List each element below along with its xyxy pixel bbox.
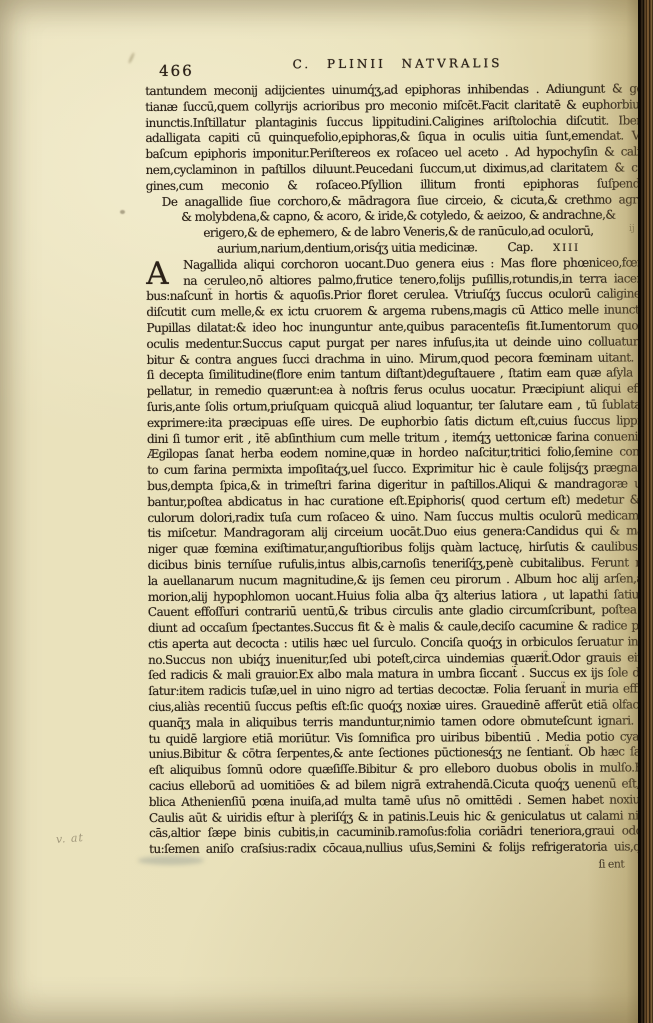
catchword-row: ſi ent [149,856,653,874]
running-title: C. PLINII NATVRALIS [145,55,650,72]
page-header: 466 C. PLINII NATVRALIS [145,53,650,84]
summary-last-line: aurium,narium,dentium,orisq́ʒ uitia medi… [217,240,478,255]
paper-fiber-mark [128,52,136,64]
handwritten-margin-note: v. at [56,831,85,846]
chapter-body: bus:naſcunt̃ in hortis & aquoſis.Prior f… [146,287,653,858]
chapter-number: XIII [553,243,580,254]
drop-cap-lines: Nagallida aliqui corchoron uocant.Duo ge… [183,255,651,289]
text-line: Nagallida aliqui corchoron uocant.Duo ge… [183,255,651,273]
chapter-label: Cap. [507,240,533,254]
page-content: 466 C. PLINII NATVRALIS tantundem meconi… [145,53,653,874]
chapter-summary-heading: De anagallide ſiue corchoro,& mādragora … [146,192,651,258]
opening-paragraph: tantundem meconij adijcientes uinumq́ʒ,a… [145,81,651,194]
book-fore-edge [638,0,653,1023]
chapter-opening: A Nagallida aliqui corchoron uocant.Duo … [146,255,651,289]
paper-speck [120,210,125,214]
text-line: la auellanarum nucum magnitudine,& ijs ſ… [148,571,653,589]
catchword: ſi ent [598,858,624,871]
text-line: tu:ſemen aniſo craſsius:radix cōcaua,nul… [149,840,653,858]
margin-mark: ij [629,224,635,234]
body-text: tantundem meconij adijcientes uinumq́ʒ,a… [145,81,653,874]
drop-cap-initial: A [146,258,183,290]
ink-smudge [138,856,204,865]
book-page-scan: 466 C. PLINII NATVRALIS tantundem meconi… [0,0,653,1023]
summary-centered-lines: & molybdena,& capno, & acoro, & iride,& … [146,208,651,242]
